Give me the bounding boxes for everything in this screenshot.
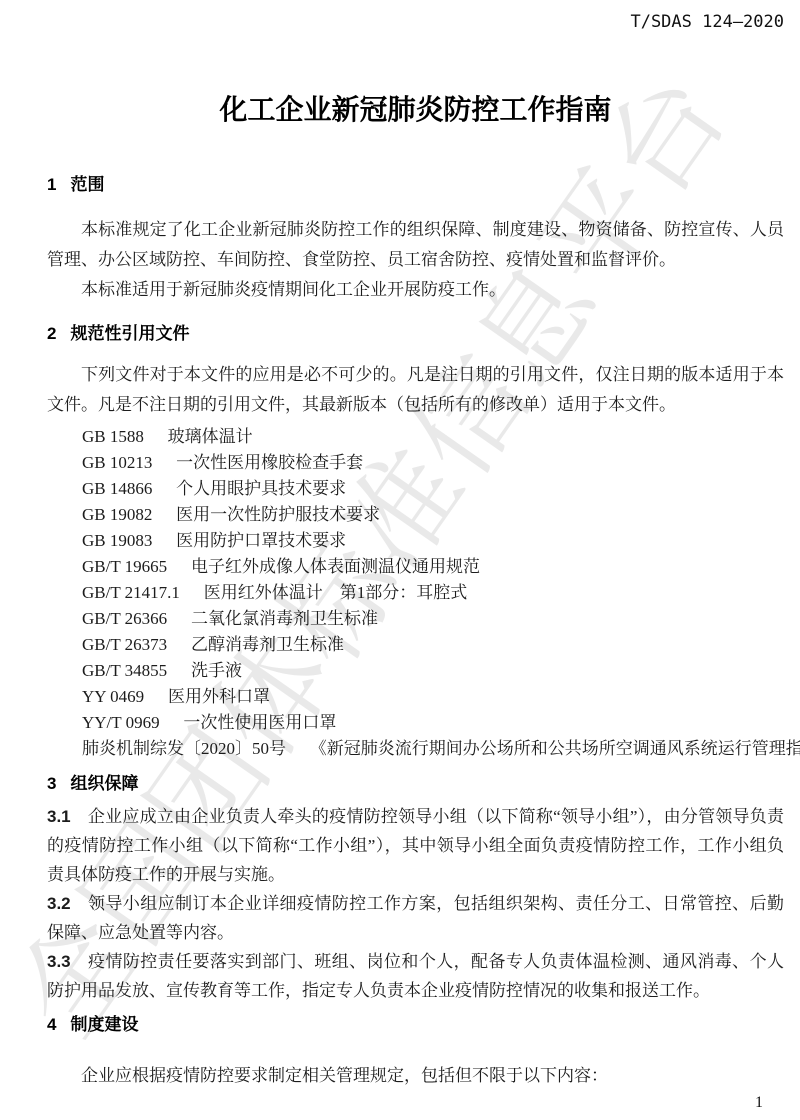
reference-title: 医用一次性防护服技术要求 [176,505,380,524]
reference-item: GB/T 26366二氧化氯消毒剂卫生标准 [47,606,784,632]
section4-paragraph-1: 企业应根据疫情防控要求制定相关管理规定，包括但不限于以下内容： [47,1061,784,1091]
reference-title: 玻璃体温计 [168,427,253,446]
reference-code: GB 1588 [82,427,144,446]
reference-item: GB/T 34855洗手液 [47,658,784,684]
reference-code: GB/T 26373 [82,635,167,654]
section3-clauses: 3.1企业应成立由企业负责人牵头的疫情防控领导小组（以下简称“领导小组”），由分… [47,802,784,1005]
reference-item: GB 19083医用防护口罩技术要求 [47,528,784,554]
reference-code: GB/T 26366 [82,609,167,628]
reference-title: 《新冠肺炎流行期间办公场所和公共场所空调通风系统运行管理指南》 [310,739,800,758]
reference-code: GB 10213 [82,453,152,472]
reference-code: YY 0469 [82,687,144,706]
section3-heading: 3组织保障 [47,772,784,796]
section2-heading: 2规范性引用文件 [47,322,784,346]
reference-title: 医用外科口罩 [168,687,270,706]
reference-title: 个人用眼护具技术要求 [176,479,346,498]
section4-number: 4 [47,1015,56,1034]
section2-paragraph-1: 下列文件对于本文件的应用是必不可少的。凡是注日期的引用文件，仅注日期的版本适用于… [47,360,784,420]
reference-code: 肺炎机制综发〔2020〕50号 [82,739,286,758]
section4-title: 制度建设 [70,1015,138,1034]
reference-item: GB/T 26373乙醇消毒剂卫生标准 [47,632,784,658]
reference-code: YY/T 0969 [82,713,160,732]
reference-title: 二氧化氯消毒剂卫生标准 [191,609,378,628]
clause-text: 领导小组应制订本企业详细疫情防控工作方案，包括组织架构、责任分工、日常管控、后勤… [47,894,784,942]
section1-paragraph-2: 本标准适用于新冠肺炎疫情期间化工企业开展防疫工作。 [47,275,784,305]
reference-item: GB/T 19665电子红外成像人体表面测温仪通用规范 [47,554,784,580]
reference-title: 医用防护口罩技术要求 [176,531,346,550]
reference-code: GB 14866 [82,479,152,498]
section3-number: 3 [47,774,56,793]
reference-title: 电子红外成像人体表面测温仪通用规范 [191,557,480,576]
reference-item: 肺炎机制综发〔2020〕50号《新冠肺炎流行期间办公场所和公共场所空调通风系统运… [47,736,784,762]
section2-number: 2 [47,324,56,343]
reference-title: 医用红外体温计 第1部分：耳腔式 [204,583,468,602]
reference-title: 乙醇消毒剂卫生标准 [191,635,344,654]
reference-title: 一次性医用橡胶检查手套 [176,453,363,472]
reference-item: YY 0469医用外科口罩 [47,684,784,710]
clause-number: 3.1 [47,807,71,826]
page-number: 1 [755,1094,763,1112]
clause-number: 3.3 [47,952,71,971]
reference-code: GB 19083 [82,531,152,550]
section4-heading: 4制度建设 [47,1013,784,1037]
reference-title: 一次性使用医用口罩 [183,713,336,732]
document-title: 化工企业新冠肺炎防控工作指南 [47,90,784,130]
reference-item: YY/T 0969一次性使用医用口罩 [47,710,784,736]
reference-code: GB/T 19665 [82,557,167,576]
clause-3-2: 3.2领导小组应制订本企业详细疫情防控工作方案，包括组织架构、责任分工、日常管控… [47,889,784,947]
section1-title: 范围 [70,175,104,194]
reference-item: GB 19082医用一次性防护服技术要求 [47,502,784,528]
reference-item: GB 1588玻璃体温计 [47,424,784,450]
clause-text: 疫情防控责任要落实到部门、班组、岗位和个人，配备专人负责体温检测、通风消毒、个人… [47,952,784,1000]
normative-references-list: GB 1588玻璃体温计 GB 10213一次性医用橡胶检查手套 GB 1486… [47,424,784,762]
section3-title: 组织保障 [70,774,138,793]
clause-3-1: 3.1企业应成立由企业负责人牵头的疫情防控领导小组（以下简称“领导小组”），由分… [47,802,784,889]
section1-paragraph-1: 本标准规定了化工企业新冠肺炎防控工作的组织保障、制度建设、物资储备、防控宣传、人… [47,215,784,275]
reference-title: 洗手液 [191,661,242,680]
clause-3-3: 3.3疫情防控责任要落实到部门、班组、岗位和个人，配备专人负责体温检测、通风消毒… [47,947,784,1005]
section1-heading: 1范围 [47,173,784,197]
document-page: 全国团体标准信息平台 T/SDAS 124—2020 化工企业新冠肺炎防控工作指… [0,0,800,1120]
reference-item: GB 10213一次性医用橡胶检查手套 [47,450,784,476]
document-content: 化工企业新冠肺炎防控工作指南 1范围 本标准规定了化工企业新冠肺炎防控工作的组织… [47,0,784,1091]
reference-item: GB 14866个人用眼护具技术要求 [47,476,784,502]
reference-item: GB/T 21417.1医用红外体温计 第1部分：耳腔式 [47,580,784,606]
clause-text: 企业应成立由企业负责人牵头的疫情防控领导小组（以下简称“领导小组”），由分管领导… [47,807,784,884]
reference-code: GB 19082 [82,505,152,524]
reference-code: GB/T 34855 [82,661,167,680]
clause-number: 3.2 [47,894,71,913]
section2-title: 规范性引用文件 [70,324,189,343]
reference-code: GB/T 21417.1 [82,583,180,602]
section1-number: 1 [47,175,56,194]
